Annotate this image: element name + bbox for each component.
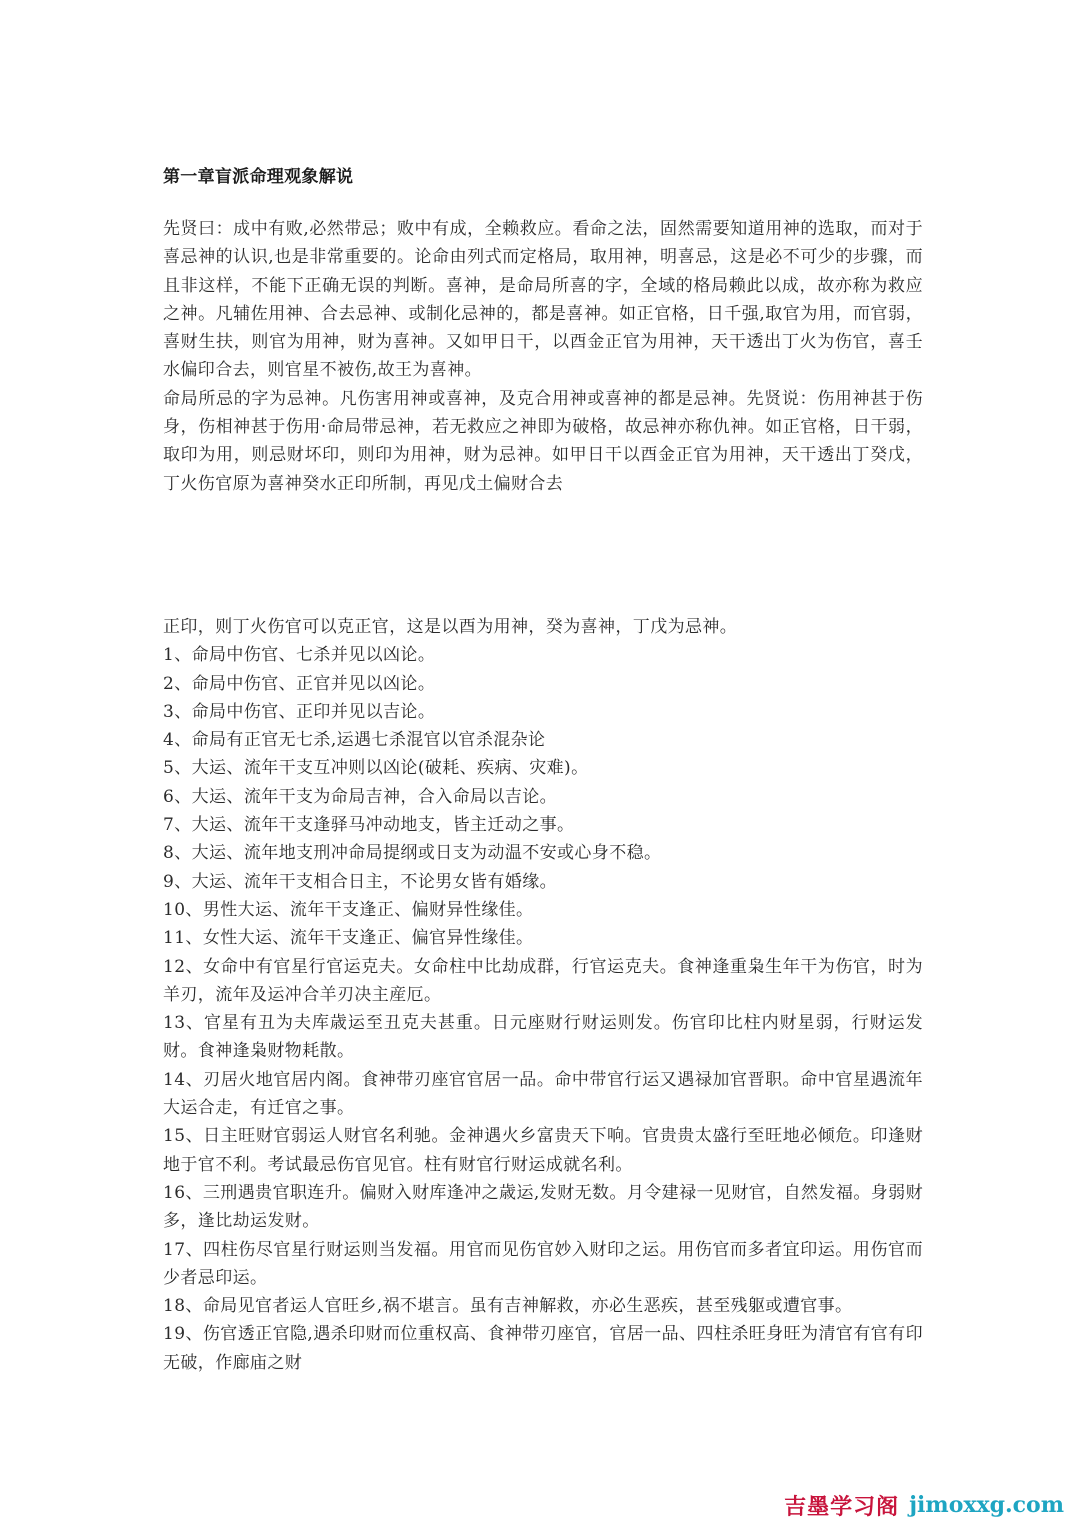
rule-item: 8、大运、流年地支刑冲命局提纲或日支为动温不安或心身不稳。 (163, 839, 923, 867)
rule-item: 16、三刑遇贵官职连升。偏财入财库逢冲之歳运,发财无数。月令建禄一见财官，自然发… (163, 1179, 923, 1236)
rule-item: 15、日主旺财官弱运人财官名利驰。金神遇火乡富贵天下响。官贵贵太盛行至旺地必倾危… (163, 1122, 923, 1179)
rule-item: 19、伤官透正官隐,遇杀印财而位重权高、食神带刃座官，官居一品、四柱杀旺身旺为清… (163, 1320, 923, 1377)
intro-paragraph-2: 命局所忌的字为忌神。凡伤害用神或喜神，及克合用神或喜神的都是忌神。先贤说：伤用神… (163, 385, 923, 498)
rule-item: 17、四柱伤尽官星行财运则当发福。用官而见伤官妙入财印之运。用伤官而多者宜印运。… (163, 1236, 923, 1293)
rule-item: 18、命局见官者运人官旺乡,祸不堪言。虽有吉神解救，亦必生恶疾，甚至残躯或遭官事… (163, 1292, 923, 1320)
rule-item: 1、命局中伤官、七杀并见以凶论。 (163, 641, 923, 669)
rule-item: 14、刃居火地官居内阁。食神带刃座官官居一品。命中带官行运又遇禄加官晋职。命中官… (163, 1066, 923, 1123)
rule-item: 6、大运、流年干支为命局吉神，合入命局以吉论。 (163, 783, 923, 811)
rule-item: 3、命局中伤官、正印并见以吉论。 (163, 698, 923, 726)
watermark-brand: 吉墨学习阁 (784, 1490, 899, 1521)
intro-paragraph-1: 先贤曰：成中有败,必然带忌；败中有成，全赖救应。看命之法，固然需要知道用神的选取… (163, 215, 923, 385)
rule-item: 12、女命中有官星行官运克夫。女命柱中比劫成群，行官运克夫。食神逢重枭生年干为伤… (163, 953, 923, 1010)
rule-item: 9、大运、流年干支相合日主，不论男女皆有婚缘。 (163, 868, 923, 896)
rule-item: 4、命局有正官无七杀,运遇七杀混官以官杀混杂论 (163, 726, 923, 754)
rules-list: 正印，则丁火伤官可以克正官，这是以酉为用神，癸为喜神，丁戊为忌神。 1、命局中伤… (163, 613, 923, 1377)
rule-item: 11、女性大运、流年干支逢正、偏官异性缘佳。 (163, 924, 923, 952)
intro-paragraph: 先贤曰：成中有败,必然带忌；败中有成，全赖救应。看命之法，固然需要知道用神的选取… (163, 215, 923, 498)
rule-item: 7、大运、流年干支逢驿马冲动地支，皆主迁动之事。 (163, 811, 923, 839)
rule-item: 2、命局中伤官、正官并见以凶论。 (163, 670, 923, 698)
rule-item: 5、大运、流年干支互冲则以凶论(破耗、疾病、灾难)。 (163, 754, 923, 782)
rule-item: 13、官星有丑为夫库歳运至丑克夫甚重。日元座财行财运则发。伤官印比柱内财星弱，行… (163, 1009, 923, 1066)
watermark: 吉墨学习阁 jimoxxg.com (778, 1488, 1070, 1522)
rule-item: 10、男性大运、流年干支逢正、偏财异性缘佳。 (163, 896, 923, 924)
watermark-url: jimoxxg.com (909, 1492, 1064, 1518)
continuation-text: 正印，则丁火伤官可以克正官，这是以酉为用神，癸为喜神，丁戊为忌神。 (163, 613, 923, 641)
chapter-title: 第一章盲派命理观象解说 (163, 162, 353, 187)
